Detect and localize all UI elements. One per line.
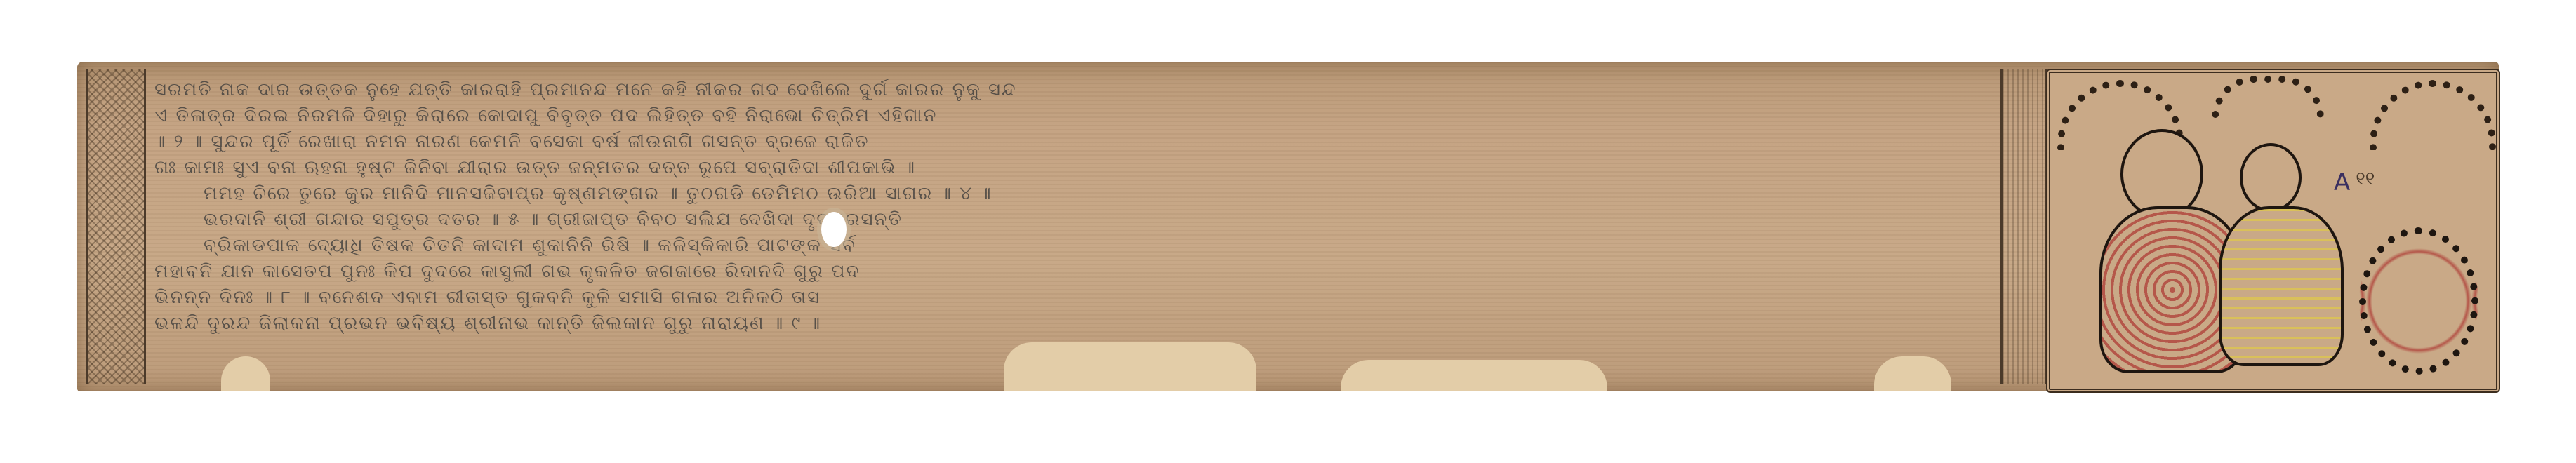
- edge-damage: [1004, 342, 1256, 391]
- folio-marker: A୧୧: [2334, 168, 2375, 196]
- text-line: ଗଃ କାମଃ ସୁଏ ବନା ଋହନା ହୁଷ୍ଟ ଜିନିବା ଯୀରାର …: [154, 155, 1993, 181]
- manuscript-text-block: ସରମତି ନାକ ଦାର ଉତ୍ତକ ନୁହେ ଯତ୍ତି କାରରାହି ପ…: [154, 77, 1993, 372]
- folio-number: ୧୧: [2356, 168, 2375, 189]
- left-crosshatch-border: [86, 69, 146, 384]
- decorative-arch-center: [2212, 76, 2324, 118]
- illustration-panel: [2046, 69, 2500, 393]
- text-line: ଏ ତିଳାତ୍ର ଦିରଇ ନିରମଳି ଦିହାରୁ କିରାରେ କୋଦା…: [154, 103, 1993, 129]
- decorative-arch-right: [2370, 80, 2496, 150]
- male-figure-head: [2120, 129, 2203, 219]
- text-line: ସରମତି ନାକ ଦାର ଉତ୍ତକ ନୁହେ ଯତ୍ତି କାରରାହି ପ…: [154, 77, 1993, 103]
- wheel-motif: [2359, 227, 2478, 375]
- text-line: ବ୍ରିକାଡପାକ ଦ୍ୟୋଧି ତିଷକ ଚିତନି କାଦାମ ଶୁକାନ…: [154, 233, 1993, 259]
- string-hole: [821, 212, 847, 247]
- panel-separator-border: [2000, 69, 2047, 384]
- text-line: ଭିନନ୍ନ ଦିନଃ ॥ ୮ ॥ ବନେଶଦ ଏବାମ ରୀତାସ୍ତ ଗୁକ…: [154, 285, 1993, 311]
- text-line: ମମହ ଚିରେ ତୁରେ କୁର ମାନିଦି ମାନସଜିବାପ୍ର କୃଷ…: [154, 181, 1993, 207]
- text-line: ଭଳନ୍ଦି ଦୁରନ୍ଦ ଜିଲାକନା ପ୍ରଭନ ଭବିଷ୍ୟ ଶ୍ରୀନ…: [154, 311, 1993, 337]
- palm-leaf-folio: ସରମତି ନାକ ଦାର ଉତ୍ତକ ନୁହେ ଯତ୍ତି କାରରାହି ପ…: [77, 62, 2499, 391]
- female-figure-body: [2219, 206, 2344, 366]
- folio-letter: A: [2334, 168, 2350, 196]
- edge-damage: [1874, 356, 1951, 391]
- text-line: ଭରଦାନି ଶ୍ରୀ ଗନ୍ଦାର ସପୁତ୍ର ଦତର ॥ ୫ ॥ ଗ୍ରୀ…: [154, 207, 1993, 233]
- edge-damage: [1341, 360, 1607, 391]
- text-line: ମହାବନି ଯାନ କାସେତପ ପୁନଃ କିପ ଦୁଦରେ କାସୁଲୀ …: [154, 259, 1993, 285]
- female-figure-head: [2240, 143, 2302, 212]
- text-line: ॥ ୨ ॥ ସୁନ୍ଦର ପୂର୍ତି ରେଖାରା ନମନ ନାରଣ କେମନ…: [154, 129, 1993, 155]
